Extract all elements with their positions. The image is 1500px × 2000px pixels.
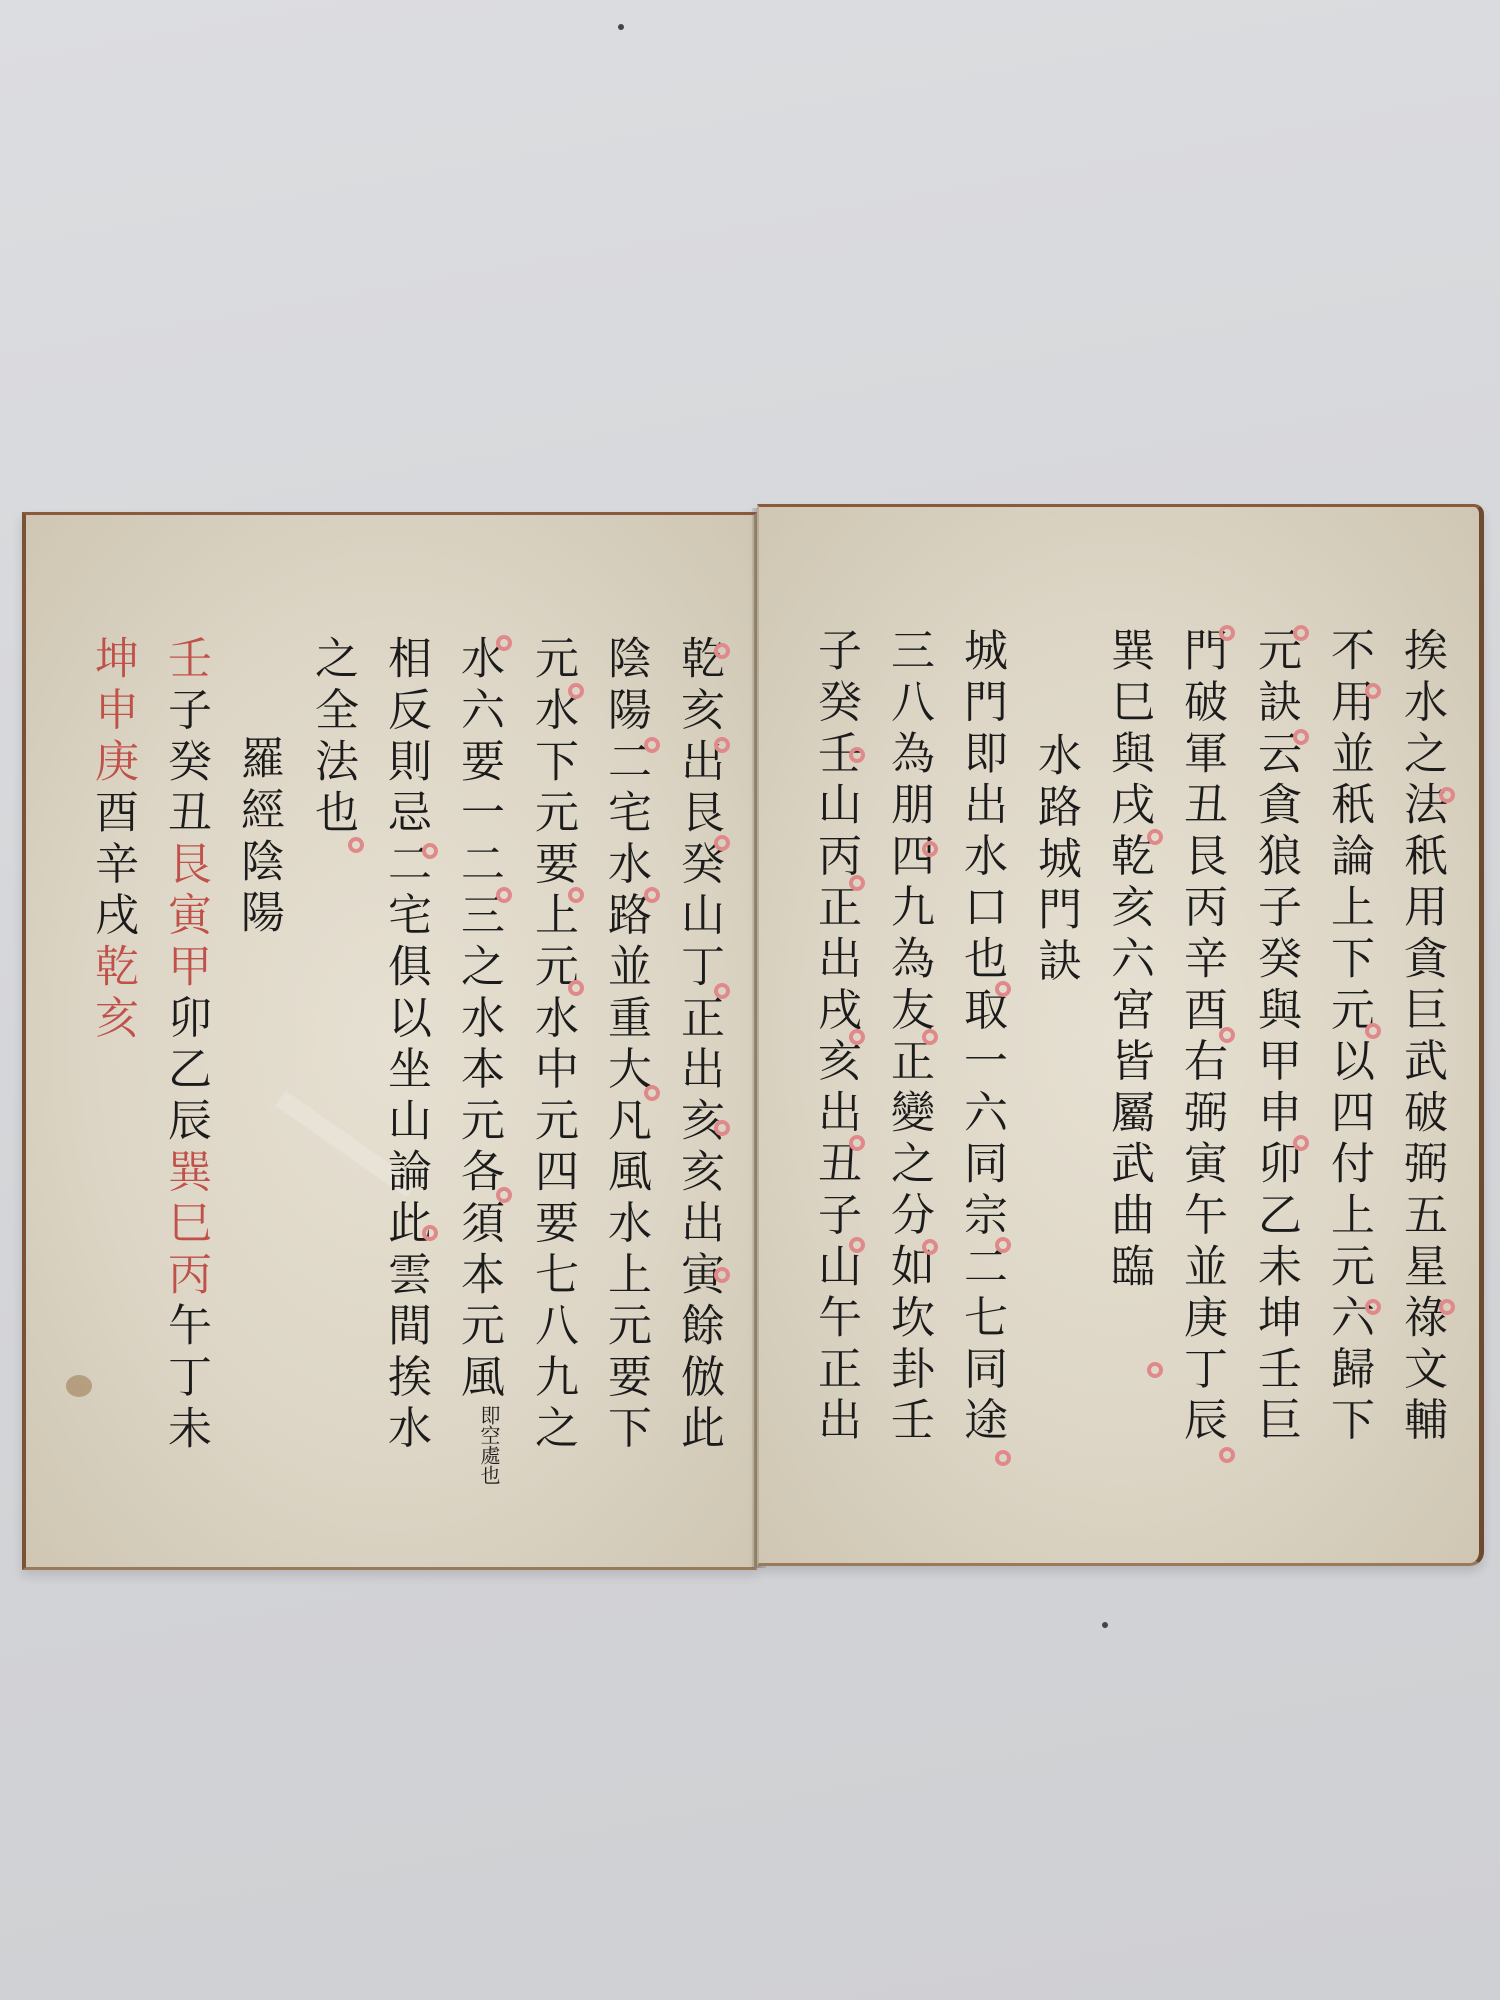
punctuation-circle bbox=[714, 983, 730, 999]
text-column: 不用並秖論上下元以四付上元六歸下 bbox=[1326, 627, 1370, 1448]
punctuation-circle bbox=[1365, 1299, 1381, 1315]
punctuation-circle bbox=[995, 981, 1011, 997]
right-page: 挨水之法秖用貪巨武破弼五星祿文輔 不用並秖論上下元以四付上元六歸下 元訣云貪狼子… bbox=[757, 504, 1484, 1566]
punctuation-circle bbox=[922, 841, 938, 857]
punctuation-circle bbox=[1219, 1027, 1235, 1043]
punctuation-circle bbox=[995, 1237, 1011, 1253]
red-characters: 艮寅甲 bbox=[160, 840, 211, 994]
text-column: 水六要一二三之水本元各須本元風即空處也 bbox=[456, 635, 500, 1485]
punctuation-circle bbox=[568, 887, 584, 903]
interlinear-note: 即空處也 bbox=[478, 1405, 500, 1485]
punctuation-circle bbox=[496, 635, 512, 651]
punctuation-circle bbox=[714, 1267, 730, 1283]
punctuation-circle bbox=[714, 835, 730, 851]
punctuation-circle bbox=[714, 737, 730, 753]
punctuation-circle bbox=[849, 875, 865, 891]
punctuation-circle bbox=[496, 887, 512, 903]
punctuation-circle bbox=[849, 1135, 865, 1151]
punctuation-circle bbox=[348, 837, 364, 853]
red-characters: 坤申庚 bbox=[87, 635, 138, 789]
punctuation-circle bbox=[1365, 683, 1381, 699]
compass-column: 坤申庚酉辛戌乾亥 bbox=[90, 635, 134, 1045]
dust-speck bbox=[618, 24, 624, 30]
stain-mark bbox=[66, 1375, 92, 1397]
section-heading: 羅經陰陽 bbox=[236, 735, 280, 940]
text-column: 之全法也 bbox=[310, 635, 354, 840]
punctuation-circle bbox=[1293, 729, 1309, 745]
section-heading: 水路城門訣 bbox=[1033, 732, 1077, 989]
punctuation-circle bbox=[644, 1085, 660, 1101]
text-column: 相反則忌二宅俱以坐山論此雲間挨水 bbox=[383, 635, 427, 1456]
punctuation-circle bbox=[644, 737, 660, 753]
text-column: 城門即出水口也取一六同宗二七同途 bbox=[959, 627, 1003, 1448]
punctuation-circle bbox=[1439, 787, 1455, 803]
punctuation-circle bbox=[1365, 1023, 1381, 1039]
punctuation-circle bbox=[496, 1187, 512, 1203]
black-characters: 子癸丑 bbox=[160, 686, 211, 840]
text-column: 元水下元要上元水中元四要七八九之 bbox=[530, 635, 574, 1456]
punctuation-circle bbox=[714, 1120, 730, 1136]
text-column: 乾亥出艮癸山丁正出亥亥出寅餘倣此 bbox=[676, 635, 720, 1456]
punctuation-circle bbox=[1219, 625, 1235, 641]
dust-speck bbox=[1102, 1622, 1108, 1628]
punctuation-circle bbox=[995, 1450, 1011, 1466]
red-characters: 巽巳丙 bbox=[160, 1148, 211, 1302]
punctuation-circle bbox=[849, 747, 865, 763]
punctuation-circle bbox=[922, 1239, 938, 1255]
punctuation-circle bbox=[1147, 829, 1163, 845]
red-characters: 壬 bbox=[160, 635, 211, 686]
punctuation-circle bbox=[849, 1029, 865, 1045]
text-column: 陰陽二宅水路並重大凡風水上元要下 bbox=[603, 635, 647, 1456]
punctuation-circle bbox=[714, 643, 730, 659]
punctuation-circle bbox=[644, 887, 660, 903]
text-column: 元訣云貪狼子癸與甲申卯乙未坤壬巨 bbox=[1253, 627, 1297, 1448]
black-characters: 午丁未 bbox=[160, 1302, 211, 1456]
punctuation-circle bbox=[922, 1029, 938, 1045]
punctuation-circle bbox=[568, 683, 584, 699]
black-characters: 酉辛戌 bbox=[87, 789, 138, 943]
column-text: 水六要一二三之水本元各須本元風 bbox=[453, 635, 504, 1405]
punctuation-circle bbox=[1439, 1299, 1455, 1315]
punctuation-circle bbox=[422, 843, 438, 859]
open-manuscript-book: 乾亥出艮癸山丁正出亥亥出寅餘倣此 陰陽二宅水路並重大凡風水上元要下 元水下元要上… bbox=[22, 500, 1484, 1570]
punctuation-circle bbox=[568, 980, 584, 996]
punctuation-circle bbox=[1293, 625, 1309, 641]
punctuation-circle bbox=[1293, 1135, 1309, 1151]
black-characters: 卯乙辰 bbox=[160, 994, 211, 1148]
compass-column: 壬子癸丑艮寅甲卯乙辰巽巳丙午丁未 bbox=[163, 635, 207, 1456]
punctuation-circle bbox=[1147, 1362, 1163, 1378]
text-column: 門破軍丑艮丙辛酉右弼寅午並庚丁辰 bbox=[1179, 627, 1223, 1448]
text-column: 巽巳與戌乾亥六宮皆屬武曲臨 bbox=[1106, 627, 1150, 1294]
punctuation-circle bbox=[1219, 1447, 1235, 1463]
red-characters: 乾亥 bbox=[87, 943, 138, 1046]
left-page: 乾亥出艮癸山丁正出亥亥出寅餘倣此 陰陽二宅水路並重大凡風水上元要下 元水下元要上… bbox=[22, 512, 757, 1570]
text-column: 挨水之法秖用貪巨武破弼五星祿文輔 bbox=[1399, 627, 1443, 1448]
punctuation-circle bbox=[422, 1225, 438, 1241]
punctuation-circle bbox=[849, 1237, 865, 1253]
